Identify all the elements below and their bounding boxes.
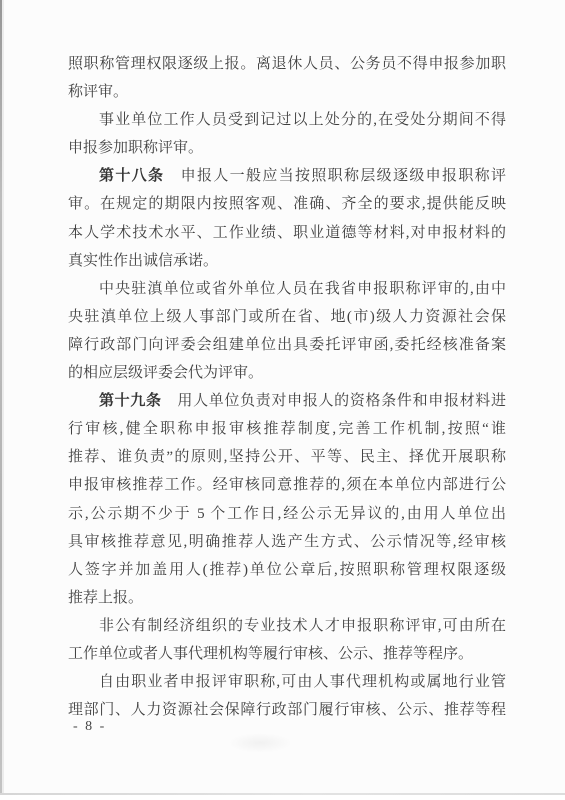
text-line: 本人学术技术水平、工作业绩、职业道德等材料,对申报材料的 <box>68 219 506 247</box>
text-line: 照职称管理权限逐级上报。离退休人员、公务员不得申报参加职 <box>68 50 506 78</box>
text-line: 审。在规定的期限内按照客观、准确、齐全的要求,提供能反映 <box>68 190 506 218</box>
text-line: 第十九条 用人单位负责对申报人的资格条件和申报材料进 <box>68 387 506 415</box>
text-line: 行审核,健全职称申报审核推荐制度,完善工作机制,按照“谁 <box>68 415 506 443</box>
text-line: 障行政部门向评委会组建单位出具委托评审函,委托经核准备案 <box>68 331 506 359</box>
text-line: 人签字并加盖用人(推荐)单位公章后,按照职称管理权限逐级 <box>68 556 506 584</box>
text-line: 示,公示期不少于 5 个工作日,经公示无异议的,由用人单位出 <box>68 500 506 528</box>
text-line: 事业单位工作人员受到记过以上处分的,在受处分期间不得 <box>68 106 506 134</box>
text-line: 非公有制经济组织的专业技术人才申报职称评审,可由所在 <box>68 612 506 640</box>
text-line: 中央驻滇单位或省外单位人员在我省申报职称评审的,由中 <box>68 275 506 303</box>
scan-smudge <box>228 733 292 753</box>
text-line: 理部门、人力资源社会保障行政部门履行审核、公示、推荐等程 <box>68 696 506 724</box>
text-line: 自由职业者申报评审职称,可由人事代理机构或属地行业管 <box>68 668 506 696</box>
text-line: 工作单位或者人事代理机构等履行审核、公示、推荐等程序。 <box>68 640 506 668</box>
text-line: 的相应层级评委会代为评审。 <box>68 359 506 387</box>
document-text-block: 照职称管理权限逐级上报。离退休人员、公务员不得申报参加职称评审。事业单位工作人员… <box>68 50 506 724</box>
text-line: 第十八条 申报人一般应当按照职称层级逐级申报职称评 <box>68 162 506 190</box>
scan-bottom-margin <box>0 795 565 800</box>
text-line: 申报审核推荐工作。经审核同意推荐的,须在本单位内部进行公 <box>68 471 506 499</box>
text-line: 央驻滇单位上级人事部门或所在省、地(市)级人力资源社会保 <box>68 303 506 331</box>
article-number: 第十八条 <box>99 168 164 184</box>
text-line: 推荐、谁负责”的原则,坚持公开、平等、民主、择优开展职称 <box>68 443 506 471</box>
text-line: 具审核推荐意见,明确推荐人选产生方式、公示情况等,经审核 <box>68 528 506 556</box>
scan-left-edge-soft <box>2 0 4 800</box>
text-line: 称评审。 <box>68 78 506 106</box>
text-line: 推荐上报。 <box>68 584 506 612</box>
page-number: - 8 - <box>73 716 106 738</box>
article-number: 第十九条 <box>99 393 162 409</box>
text-line: 真实性作出诚信承诺。 <box>68 247 506 275</box>
text-line: 申报参加职称评审。 <box>68 134 506 162</box>
